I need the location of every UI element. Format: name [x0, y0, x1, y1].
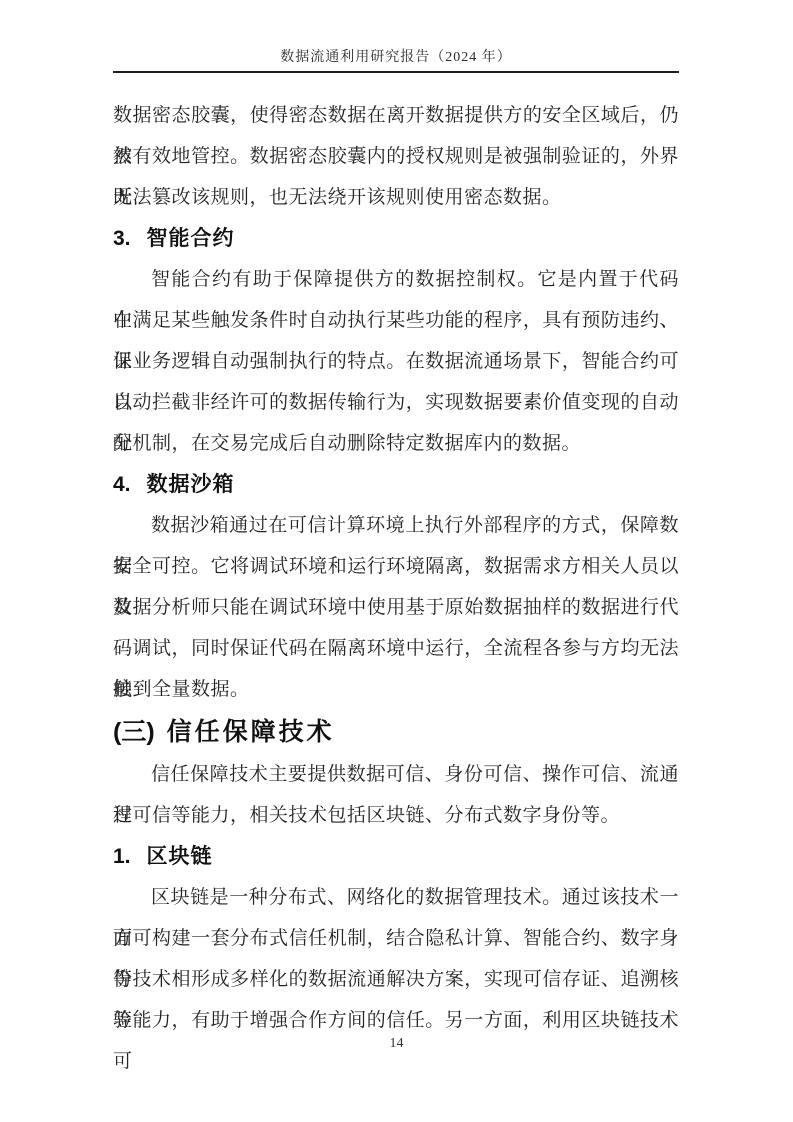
- heading-number: 4.: [113, 473, 131, 496]
- page-footer: 14: [0, 1036, 793, 1052]
- text-line: 在满足某些触发条件时自动执行某些功能的程序，具有预防违约、保: [113, 300, 679, 341]
- text-line: 触到全量数据。: [113, 669, 679, 710]
- sub-heading: 4.数据沙箱: [113, 464, 679, 505]
- text-line: 码调试，同时保证代码在隔离环境中运行，全流程各参与方均无法接: [113, 628, 679, 669]
- text-line: 安全可控。它将调试环境和运行环境隔离，数据需求方相关人员以及: [113, 546, 679, 587]
- heading-title: 数据沙箱: [147, 473, 235, 496]
- paragraph: 智能合约有助于保障提供方的数据控制权。它是内置于代码中、在满足某些触发条件时自动…: [113, 259, 679, 464]
- heading-title: 智能合约: [147, 227, 235, 250]
- text-line: 智能合约有助于保障提供方的数据控制权。它是内置于代码中、: [113, 259, 679, 300]
- text-line: 等能力，有助于增强合作方间的信任。另一方面，利用区块链技术可: [113, 1000, 679, 1041]
- heading-title: 区块链: [147, 845, 213, 868]
- text-line: 信任保障技术主要提供数据可信、身份可信、操作可信、流通过: [113, 754, 679, 795]
- document-blocks: 数据密态胶囊，使得密态数据在离开数据提供方的安全区域后，仍然被有效地管控。数据密…: [113, 75, 679, 1041]
- sub-heading: 3.智能合约: [113, 218, 679, 259]
- text-line: 数据分析师只能在调试环境中使用基于原始数据抽样的数据进行代: [113, 587, 679, 628]
- document-page: 数据流通利用研究报告（2024 年） 数据密态胶囊，使得密态数据在离开数据提供方…: [0, 0, 793, 1122]
- paragraph: 区块链是一种分布式、网络化的数据管理技术。通过该技术一方面可构建一套分布式信任机…: [113, 877, 679, 1041]
- text-line: 区块链是一种分布式、网络化的数据管理技术。通过该技术一方: [113, 877, 679, 918]
- sub-heading: 1.区块链: [113, 836, 679, 877]
- section-heading: (三)信任保障技术: [113, 710, 679, 754]
- heading-number: (三): [113, 718, 155, 746]
- text-line: 数据沙箱通过在可信计算环境上执行外部程序的方式，保障数据: [113, 505, 679, 546]
- text-line: 自动拦截非经许可的数据传输行为，实现数据要素价值变现的自动分: [113, 382, 679, 423]
- paragraph: 数据沙箱通过在可信计算环境上执行外部程序的方式，保障数据安全可控。它将调试环境和…: [113, 505, 679, 710]
- heading-number: 1.: [113, 845, 131, 868]
- text-line: 被有效地管控。数据密态胶囊内的授权规则是被强制验证的，外界既: [113, 136, 679, 177]
- text-line: 程可信等能力，相关技术包括区块链、分布式数字身份等。: [113, 795, 679, 836]
- text-line: 证业务逻辑自动强制执行的特点。在数据流通场景下，智能合约可以: [113, 341, 679, 382]
- paragraph: 数据密态胶囊，使得密态数据在离开数据提供方的安全区域后，仍然被有效地管控。数据密…: [113, 95, 679, 218]
- heading-number: 3.: [113, 227, 131, 250]
- text-line: 无法篡改该规则，也无法绕开该规则使用密态数据。: [113, 177, 679, 218]
- text-line: 配机制，在交易完成后自动删除特定数据库内的数据。: [113, 423, 679, 464]
- text-line: 面可构建一套分布式信任机制，结合隐私计算、智能合约、数字身份: [113, 918, 679, 959]
- page-number: 14: [390, 1036, 404, 1051]
- text-line: 数据密态胶囊，使得密态数据在离开数据提供方的安全区域后，仍然: [113, 95, 679, 136]
- heading-title: 信任保障技术: [167, 718, 335, 746]
- page-header: 数据流通利用研究报告（2024 年）: [113, 0, 679, 73]
- header-title: 数据流通利用研究报告（2024 年）: [280, 46, 512, 66]
- text-line: 等技术相形成多样化的数据流通解决方案，实现可信存证、追溯核验: [113, 959, 679, 1000]
- paragraph: 信任保障技术主要提供数据可信、身份可信、操作可信、流通过程可信等能力，相关技术包…: [113, 754, 679, 836]
